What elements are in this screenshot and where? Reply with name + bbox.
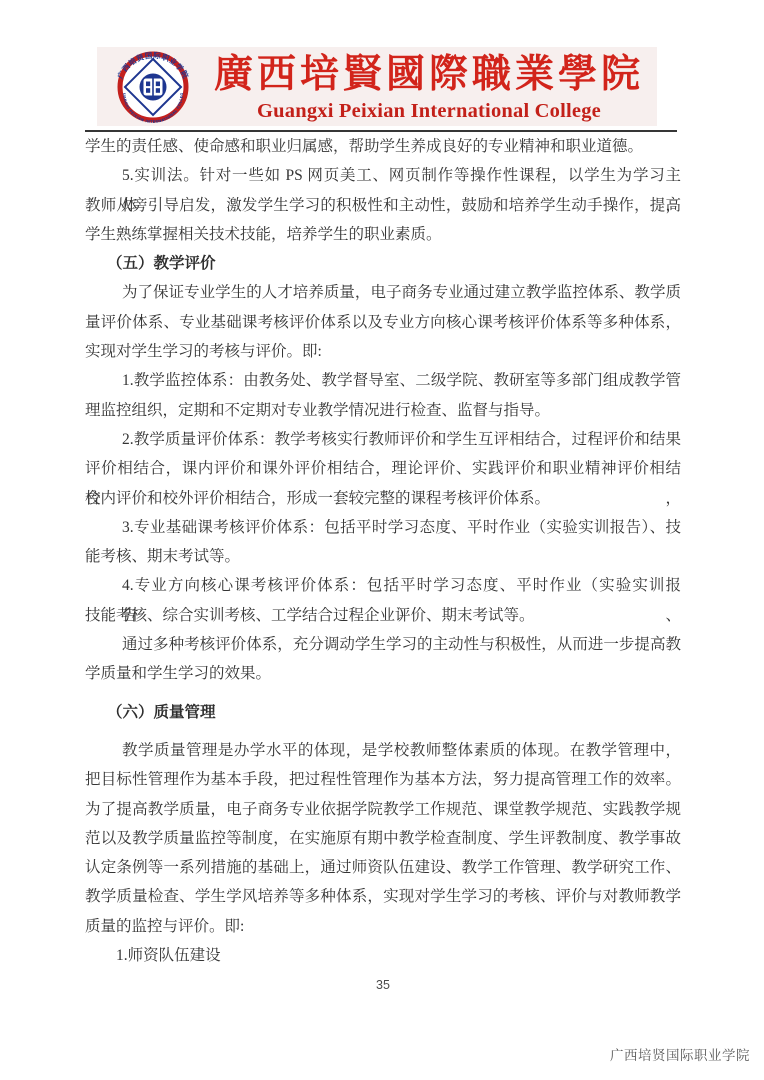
text-line: 认定条例等一系列措施的基础上，通过师资队伍建设、教学工作管理、教学研究工作、 <box>85 853 681 882</box>
text-line: 2.教学质量评价体系：教学考核实行教师评价和学生互评相结合，过程评价和结果 <box>85 425 681 454</box>
text-line: 1.教学监控体系：由教务处、教学督导室、二级学院、教研室等多部门组成教学管 <box>85 366 681 395</box>
text-line: 教学质量检查、学生学风培养等多种体系，实现对学生学习的考核、评价与对教师教学 <box>85 882 681 911</box>
college-logo: 广西培贤国际职业学院 GUANGXI PEIXIAN INTERNATIONAL… <box>106 51 200 123</box>
text-line: 4.专业方向核心课考核评价体系：包括平时学习态度、平时作业（实验实训报告）、 <box>85 571 681 600</box>
college-name-chinese: 廣西培賢國際職業學院 <box>201 50 657 100</box>
document-page: 广西培贤国际职业学院 GUANGXI PEIXIAN INTERNATIONAL… <box>0 0 764 1080</box>
footer-college-watermark: 广西培贤国际职业学院 <box>610 1048 750 1064</box>
text-line: 实现对学生学习的考核与评价。即: <box>85 337 681 366</box>
book-icon <box>144 79 163 96</box>
text-line: 通过多种考核评价体系，充分调动学生学习的主动性与积极性，从而进一步提高教 <box>85 630 681 659</box>
text-line: 评价相结合，课内评价和课外评价相结合，理论评价、实践评价和职业精神评价相结合， <box>85 454 681 483</box>
text-line: 5.实训法。针对一些如 PS 网页美工、网页制作等操作性课程，以学生为学习主体， <box>85 161 681 190</box>
text-line: 1.师资队伍建设 <box>85 941 681 970</box>
text-line: 量评价体系、专业基础课考核评价体系以及专业方向核心课考核评价体系等多种体系， <box>85 308 681 337</box>
text-line: 质量的监控与评价。即: <box>85 912 681 941</box>
college-letterhead: 广西培贤国际职业学院 GUANGXI PEIXIAN INTERNATIONAL… <box>97 47 657 126</box>
section-heading: （五）教学评价 <box>85 249 681 278</box>
text-line: 教师从旁引导启发，激发学生学习的积极性和主动性，鼓励和培养学生动手操作，提高 <box>85 191 681 220</box>
college-name-english: Guangxi Peixian International College <box>201 100 657 122</box>
text-line: 为了保证专业学生的人才培养质量，电子商务专业通过建立教学监控体系、教学质 <box>85 278 681 307</box>
text-line: 3.专业基础课考核评价体系：包括平时学习态度、平时作业（实验实训报告）、技 <box>85 513 681 542</box>
text-line: 把目标性管理作为基本手段，把过程性管理作为基本方法，努力提高管理工作的效率。 <box>85 765 681 794</box>
page-number: 35 <box>85 978 681 992</box>
text-line: 理监控组织，定期和不定期对专业教学情况进行检查、监督与指导。 <box>85 396 681 425</box>
text-line: 学生熟练掌握相关技术技能，培养学生的职业素质。 <box>85 220 681 249</box>
college-titles: 廣西培賢國際職業學院 Guangxi Peixian International… <box>201 47 657 126</box>
text-line: 学生的责任感、使命感和职业归属感，帮助学生养成良好的专业精神和职业道德。 <box>85 132 681 161</box>
text-line: 范以及教学质量监控等制度，在实施原有期中教学检查制度、学生评教制度、教学事故 <box>85 824 681 853</box>
text-line: 学质量和学生学习的效果。 <box>85 659 681 688</box>
text-line: 为了提高教学质量，电子商务专业依据学院教学工作规范、课堂教学规范、实践教学规 <box>85 795 681 824</box>
text-line: 能考核、期末考试等。 <box>85 542 681 571</box>
text-line: 教学质量管理是办学水平的体现，是学校教师整体素质的体现。在教学管理中， <box>85 736 681 765</box>
section-heading: （六）质量管理 <box>85 698 681 727</box>
college-logo-image: 广西培贤国际职业学院 GUANGXI PEIXIAN INTERNATIONAL… <box>106 51 200 123</box>
document-body: 学生的责任感、使命感和职业归属感，帮助学生养成良好的专业精神和职业道德。5.实训… <box>85 132 681 970</box>
